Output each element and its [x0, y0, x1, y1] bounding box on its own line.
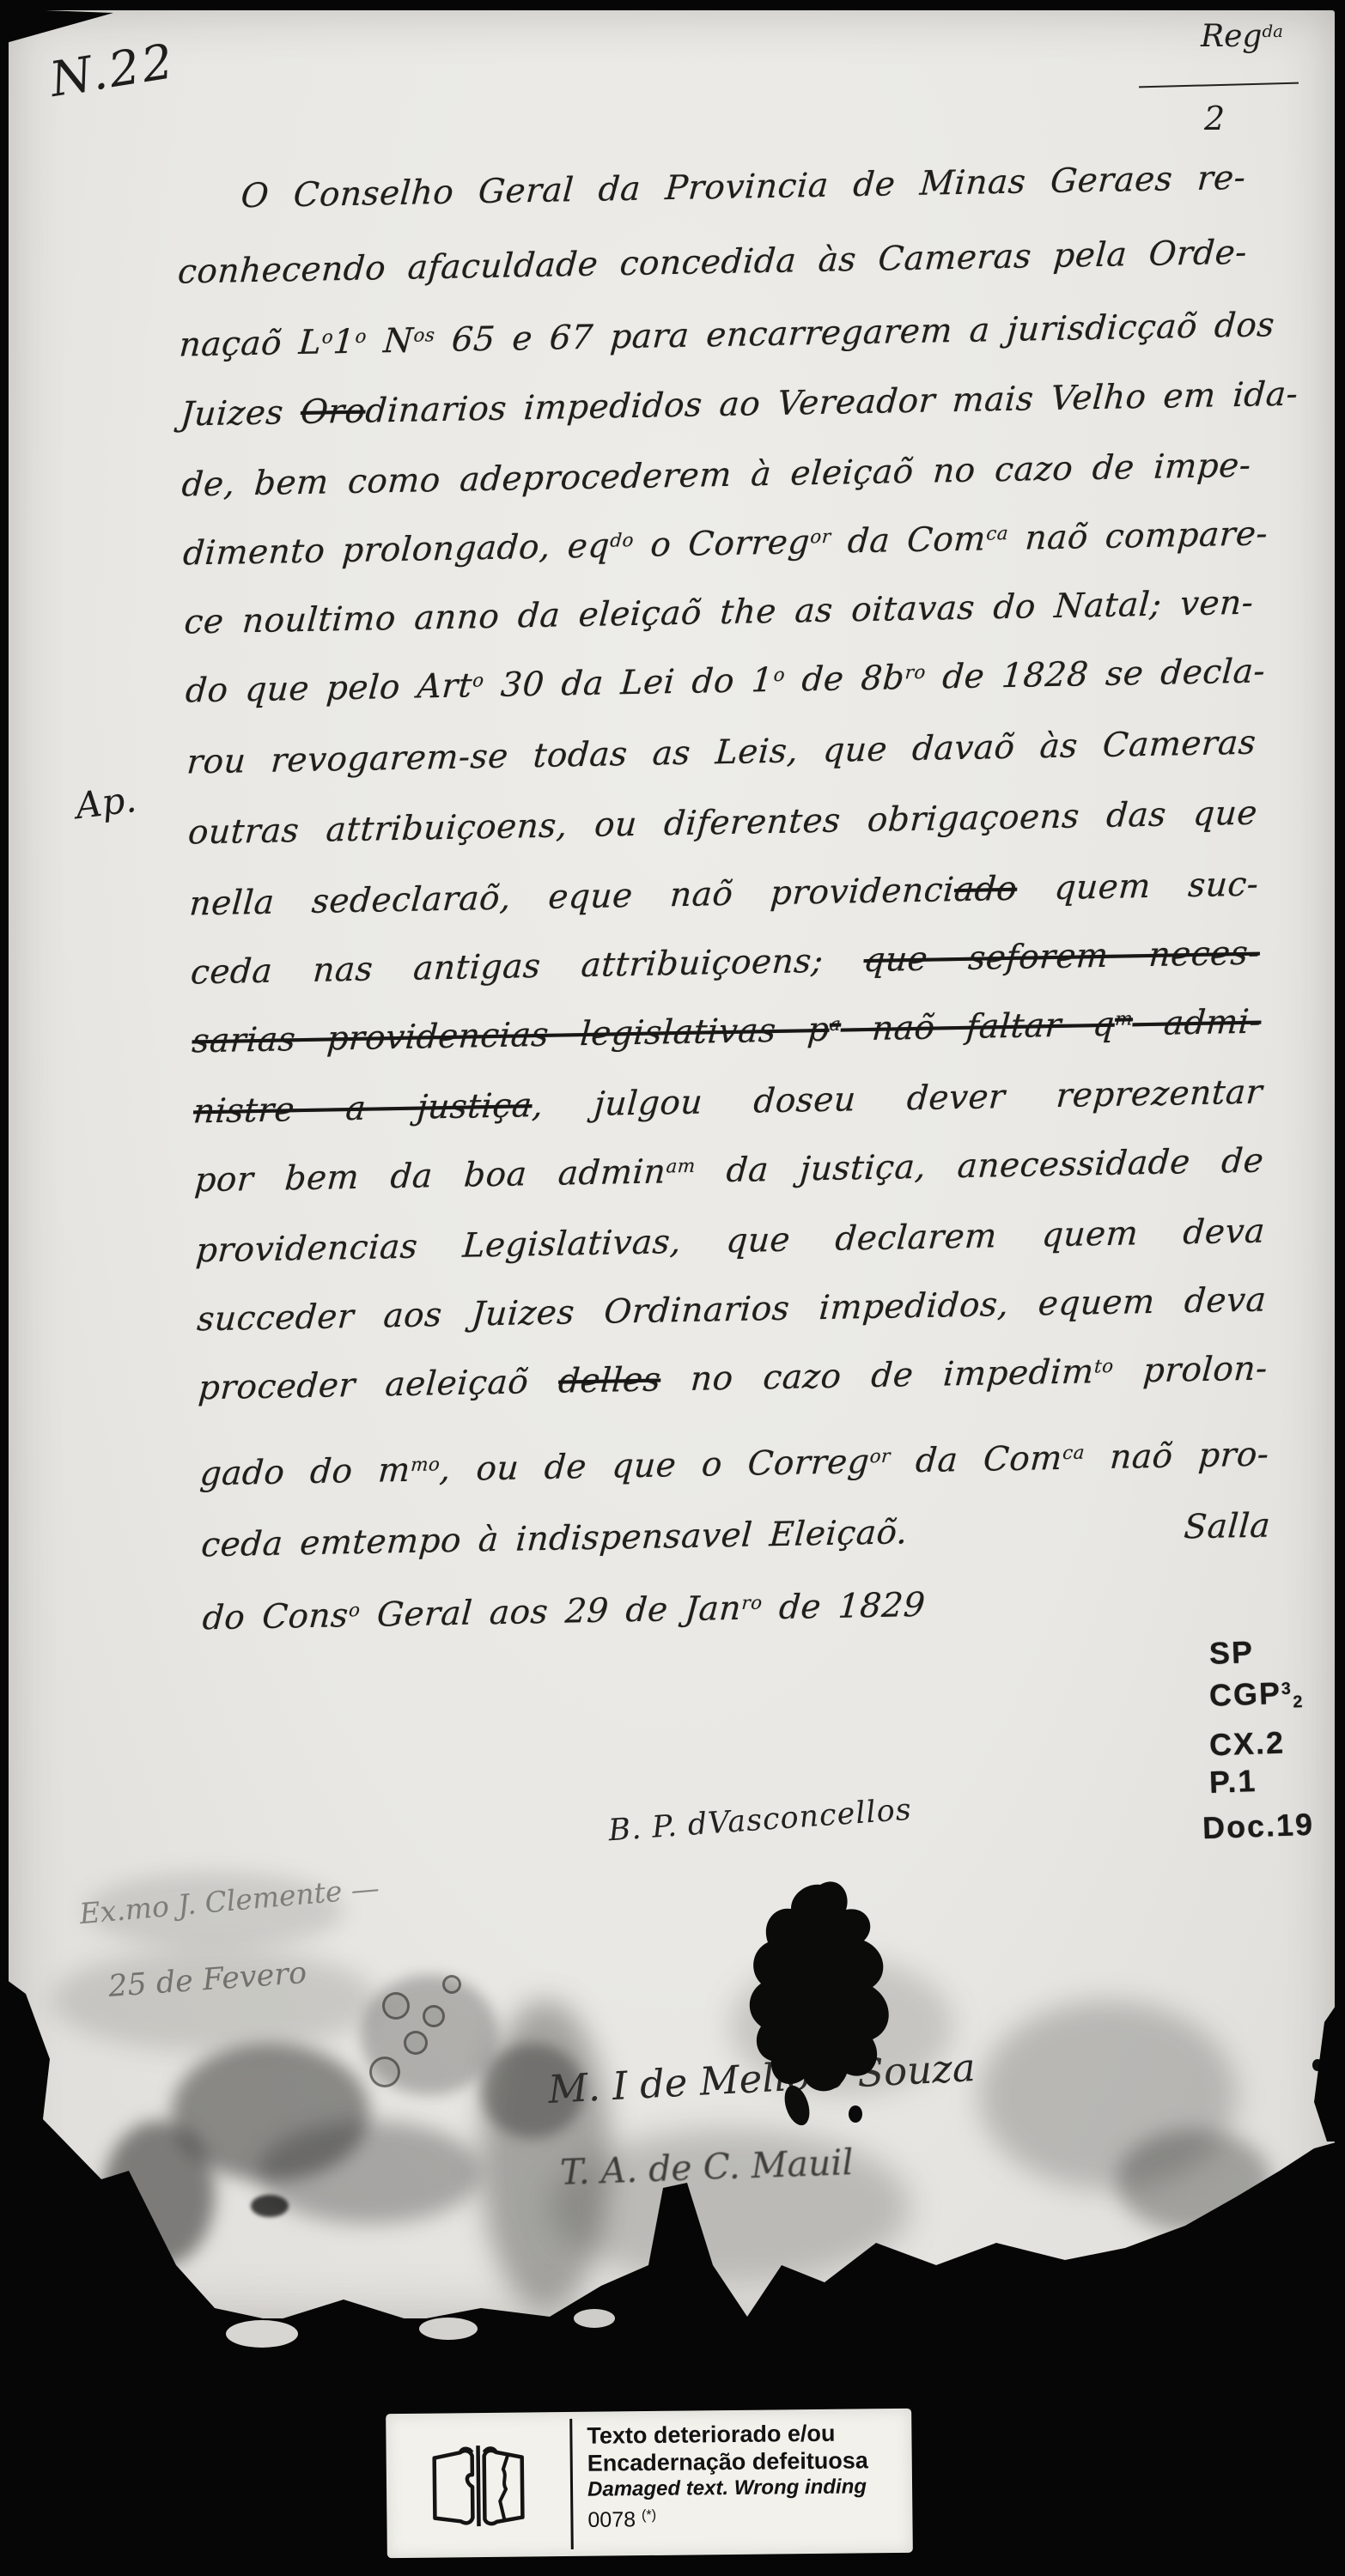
manuscript-text: , ou de que o Correg: [438, 1443, 870, 1489]
manuscript-text: da Com: [889, 1439, 1063, 1481]
manuscript-text: de 8b: [783, 659, 906, 700]
paper-fragment: [419, 2318, 478, 2340]
stain: [251, 2195, 289, 2217]
manuscript-text: naçaõ L: [178, 323, 323, 364]
manuscript-text: quem suc-: [1016, 866, 1260, 908]
manuscript-text: naõ compare-: [1007, 514, 1269, 558]
manuscript-text: 2: [1293, 1692, 1305, 1711]
manuscript-line: sarias providencias legislativas pa naõ …: [191, 1003, 1263, 1061]
manuscript-paper: N.22 Regda 2 Ap. O Conselho Geral da Pro…: [9, 10, 1335, 2318]
manuscript-text: ca: [985, 523, 1009, 545]
addressee-note: Ex.mo J. Clemente —: [78, 1871, 380, 1930]
stain: [1117, 2129, 1271, 2233]
manuscript-text: ce noultimo anno da eleiçaõ the as oitav…: [183, 584, 1255, 642]
archival-stamp-line: CX.2: [1208, 1724, 1285, 1763]
manuscript-text: Geral aos 29 de Jan: [359, 1589, 743, 1635]
mold-ring: [442, 1975, 461, 1994]
manuscript-text: Doc.19: [1202, 1807, 1314, 1846]
manuscript-line: ceda emtempo à indispensavel Eleiçaõ.Sal…: [200, 1506, 1272, 1564]
label-text-pt-1: Texto deteriorado e/ou: [587, 2419, 904, 2450]
label-code-asterisk: (*): [642, 2507, 656, 2523]
manuscript-text: prolon-: [1112, 1349, 1269, 1390]
manuscript-line: rou revogarem-se todas as Leis, que dava…: [186, 724, 1257, 782]
label-code: 0078 (*): [587, 2500, 905, 2533]
archival-stamp-line: CGP32: [1208, 1674, 1305, 1716]
mold-ring: [423, 2005, 445, 2027]
manuscript-text: Salla: [1183, 1506, 1272, 1546]
manuscript-text: providencias Legislativas, que declarem …: [195, 1212, 1267, 1271]
damaged-book-icon: [425, 2433, 531, 2537]
manuscript-text: de, bem como adeprocederem à eleiçaõ no …: [180, 447, 1252, 505]
manuscript-text: ceda emtempo à indispensavel Eleiçaõ.: [200, 1513, 910, 1564]
manuscript-text: N: [365, 322, 415, 361]
archival-stamp-line: P.1: [1208, 1763, 1257, 1801]
manuscript-text: do que pelo Art: [185, 666, 474, 710]
label-text-pt-2: Encadernação defeituosa: [587, 2446, 905, 2477]
manuscript-text: dimento prolongado, eq: [182, 526, 612, 573]
manuscript-text: succeder aos Juizes Ordinarios impedidos…: [196, 1281, 1268, 1340]
manuscript-line: conhecendo afaculdade concedida às Camer…: [177, 234, 1249, 292]
manuscript-line: succeder aos Juizes Ordinarios impedidos…: [196, 1281, 1268, 1340]
manuscript-line: do Conso Geral aos 29 de Janro de 1829: [201, 1586, 926, 1637]
manuscript-line: providencias Legislativas, que declarem …: [195, 1212, 1267, 1271]
scanned-document-page: N.22 Regda 2 Ap. O Conselho Geral da Pro…: [0, 0, 1345, 2576]
stain: [103, 2121, 215, 2267]
manuscript-line: O Conselho Geral da Provincia de Minas G…: [240, 159, 1247, 216]
manuscript-text: am: [666, 1156, 697, 1178]
manuscript-text: 3: [1281, 1680, 1293, 1698]
manuscript-text: , julgou doseu dever reprezentar: [531, 1073, 1263, 1126]
manuscript-text: 65 e 67 para encarregarem a jurisdicçaõ …: [433, 306, 1275, 360]
struck-text: delles: [557, 1360, 662, 1400]
manuscript-line: dimento prolongado, eqdo o Corregor da C…: [182, 515, 1254, 574]
manuscript-text: do Cons: [201, 1596, 350, 1637]
manuscript-text: por bem da boa admin: [193, 1152, 667, 1200]
archival-stamp-line: Doc.19: [1202, 1807, 1314, 1847]
mold-ring: [369, 2057, 400, 2087]
manuscript-text: CGP: [1208, 1675, 1281, 1713]
manuscript-text: nella sedeclaraõ, eque naõ providenci: [188, 871, 955, 923]
manuscript-text: os: [413, 325, 436, 346]
signature-illegible: T. A. de C. Mauil: [559, 2142, 854, 2193]
manuscript-body: O Conselho Geral da Provincia de Minas G…: [0, 0, 1345, 1740]
archival-stamp-line: SP: [1208, 1634, 1254, 1672]
manuscript-text: de 1829: [761, 1586, 927, 1628]
stain: [172, 2044, 369, 2181]
manuscript-line: de, bem como adeprocederem à eleiçaõ no …: [180, 447, 1252, 505]
manuscript-line: do que pelo Arto 30 da Lei do 1o de 8bro…: [185, 653, 1257, 711]
manuscript-text: CX.2: [1208, 1724, 1285, 1762]
stain: [1312, 2059, 1323, 2071]
manuscript-text: da justiça, anecessidade de: [694, 1142, 1265, 1191]
manuscript-text: no cazo de impedim: [660, 1352, 1095, 1399]
manuscript-text: Juizes: [180, 393, 302, 434]
manuscript-line: nella sedeclaraõ, eque naõ providenciado…: [188, 866, 1260, 924]
struck-text: admi-: [1131, 1003, 1263, 1044]
manuscript-text: ceda nas antigas attribuiçoens;: [190, 941, 866, 992]
signature-vasconcellos: B. P. dVasconcellos: [607, 1793, 913, 1849]
manuscript-line: naçaõ Lo1o Nos 65 e 67 para encarregarem…: [178, 307, 1250, 365]
manuscript-text: ca: [1062, 1443, 1086, 1465]
manuscript-text: to: [1093, 1356, 1114, 1377]
manuscript-text: conhecendo afaculdade concedida às Camer…: [177, 234, 1249, 292]
label-text-en: Damaged text. Wrong inding: [587, 2474, 905, 2503]
manuscript-text: P.1: [1208, 1763, 1257, 1800]
label-divider: [569, 2419, 574, 2549]
stain: [979, 2001, 1237, 2190]
struck-text: ado: [952, 870, 1018, 909]
struck-text: que seforem neces-: [862, 934, 1261, 981]
manuscript-line: proceder aeleiçaõ delles no cazo de impe…: [197, 1349, 1269, 1407]
stain: [849, 2105, 862, 2123]
manuscript-text: mo: [410, 1454, 441, 1476]
manuscript-text: de 1828 se decla-: [924, 652, 1267, 696]
manuscript-text: or: [809, 526, 831, 548]
manuscript-line: ceda nas antigas attribuiçoens; que sefo…: [190, 934, 1262, 993]
struck-text: naõ faltar q: [839, 1005, 1116, 1049]
struck-text: sarias providencias legislativas p: [191, 1011, 831, 1061]
mold-ring: [382, 1992, 410, 2020]
manuscript-text: o Correg: [632, 523, 812, 565]
manuscript-text: or: [869, 1446, 892, 1467]
manuscript-text: proceder aeleiçaõ: [197, 1363, 559, 1408]
archive-condition-label: Texto deteriorado e/ou Encadernação defe…: [386, 2409, 913, 2558]
mold-ring: [404, 2031, 428, 2055]
manuscript-text: do: [609, 530, 634, 552]
struck-text: nistre a justiça: [192, 1086, 534, 1131]
manuscript-text: O Conselho Geral da Provincia de Minas G…: [240, 159, 1247, 216]
manuscript-line: ce noultimo anno da eleiçaõ the as oitav…: [183, 584, 1255, 642]
manuscript-text: dinarios impedidos ao Vereador mais Velh…: [364, 375, 1299, 431]
stain: [361, 1975, 498, 2095]
manuscript-text: ro: [904, 662, 927, 683]
stain: [258, 2121, 481, 2224]
manuscript-text: rou revogarem-se todas as Leis, que dava…: [186, 724, 1257, 782]
manuscript-text: naõ pro-: [1083, 1435, 1270, 1477]
manuscript-line: Juizes Orodinarios impedidos ao Vereador…: [180, 376, 1251, 434]
manuscript-text: 30 da Lei do 1: [483, 661, 775, 705]
signature-mello-e-souza: M. I de Mello e Souza: [547, 2044, 977, 2112]
paper-fragment: [226, 2320, 298, 2348]
manuscript-line: outras attribuiçoens, ou diferentes obri…: [187, 794, 1259, 853]
manuscript-text: da Com: [830, 519, 988, 561]
manuscript-text: ro: [741, 1593, 764, 1614]
manuscript-line: nistre a justiça, julgou doseu dever rep…: [192, 1073, 1264, 1132]
struck-text: Oro: [299, 392, 367, 432]
manuscript-line: gado do mmo, ou de que o Corregor da Com…: [198, 1435, 1270, 1493]
manuscript-text: gado do m: [198, 1451, 411, 1494]
manuscript-line: por bem da boa adminam da justiça, anece…: [193, 1142, 1265, 1200]
manuscript-text: SP: [1208, 1634, 1254, 1671]
manuscript-text: 1: [332, 323, 356, 362]
struck-text: m: [1114, 1009, 1134, 1030]
date-note: 25 de Fevero: [107, 1956, 308, 2004]
manuscript-text: outras attribuiçoens, ou diferentes obri…: [187, 794, 1259, 853]
